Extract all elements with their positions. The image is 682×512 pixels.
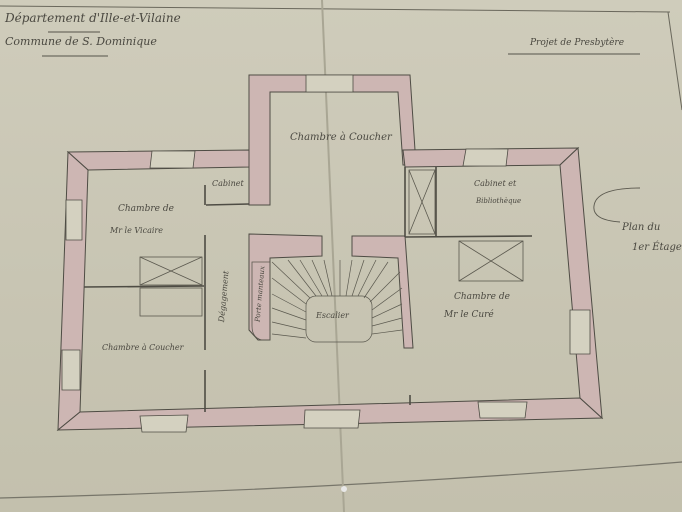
room-label-cabinet-biblio-2: Bibliothèque	[476, 197, 521, 205]
pin-hole	[341, 486, 347, 492]
room-label-vicaire-2: Mr le Vicaire	[110, 226, 163, 235]
plan-title-line2: 1er Étage	[632, 242, 682, 253]
architectural-plan-sheet: Département d'Ille-et-Vilaine Commune de…	[0, 0, 682, 512]
room-label-cure-1: Chambre de	[454, 292, 510, 302]
room-label-cabinet: Cabinet	[212, 179, 244, 188]
project-title: Projet de Presbytère	[530, 38, 624, 48]
room-label-vicaire-1: Chambre de	[118, 204, 174, 214]
department-label: Département d'Ille-et-Vilaine	[5, 11, 181, 25]
room-label-chambre-bottom-left: Chambre à Coucher	[102, 343, 183, 352]
border-right-line	[668, 12, 682, 110]
plan-title-line1: Plan du	[622, 222, 660, 233]
room-label-cabinet-biblio-1: Cabinet et	[474, 179, 516, 188]
floor-plan-drawing	[0, 0, 682, 512]
border-bottom-line	[0, 462, 682, 498]
room-label-chambre-center: Chambre à Coucher	[290, 132, 392, 143]
commune-label: Commune de S. Dominique	[5, 35, 157, 48]
room-label-cure-2: Mr le Curé	[444, 310, 494, 320]
room-label-escalier: Escalier	[316, 311, 349, 320]
